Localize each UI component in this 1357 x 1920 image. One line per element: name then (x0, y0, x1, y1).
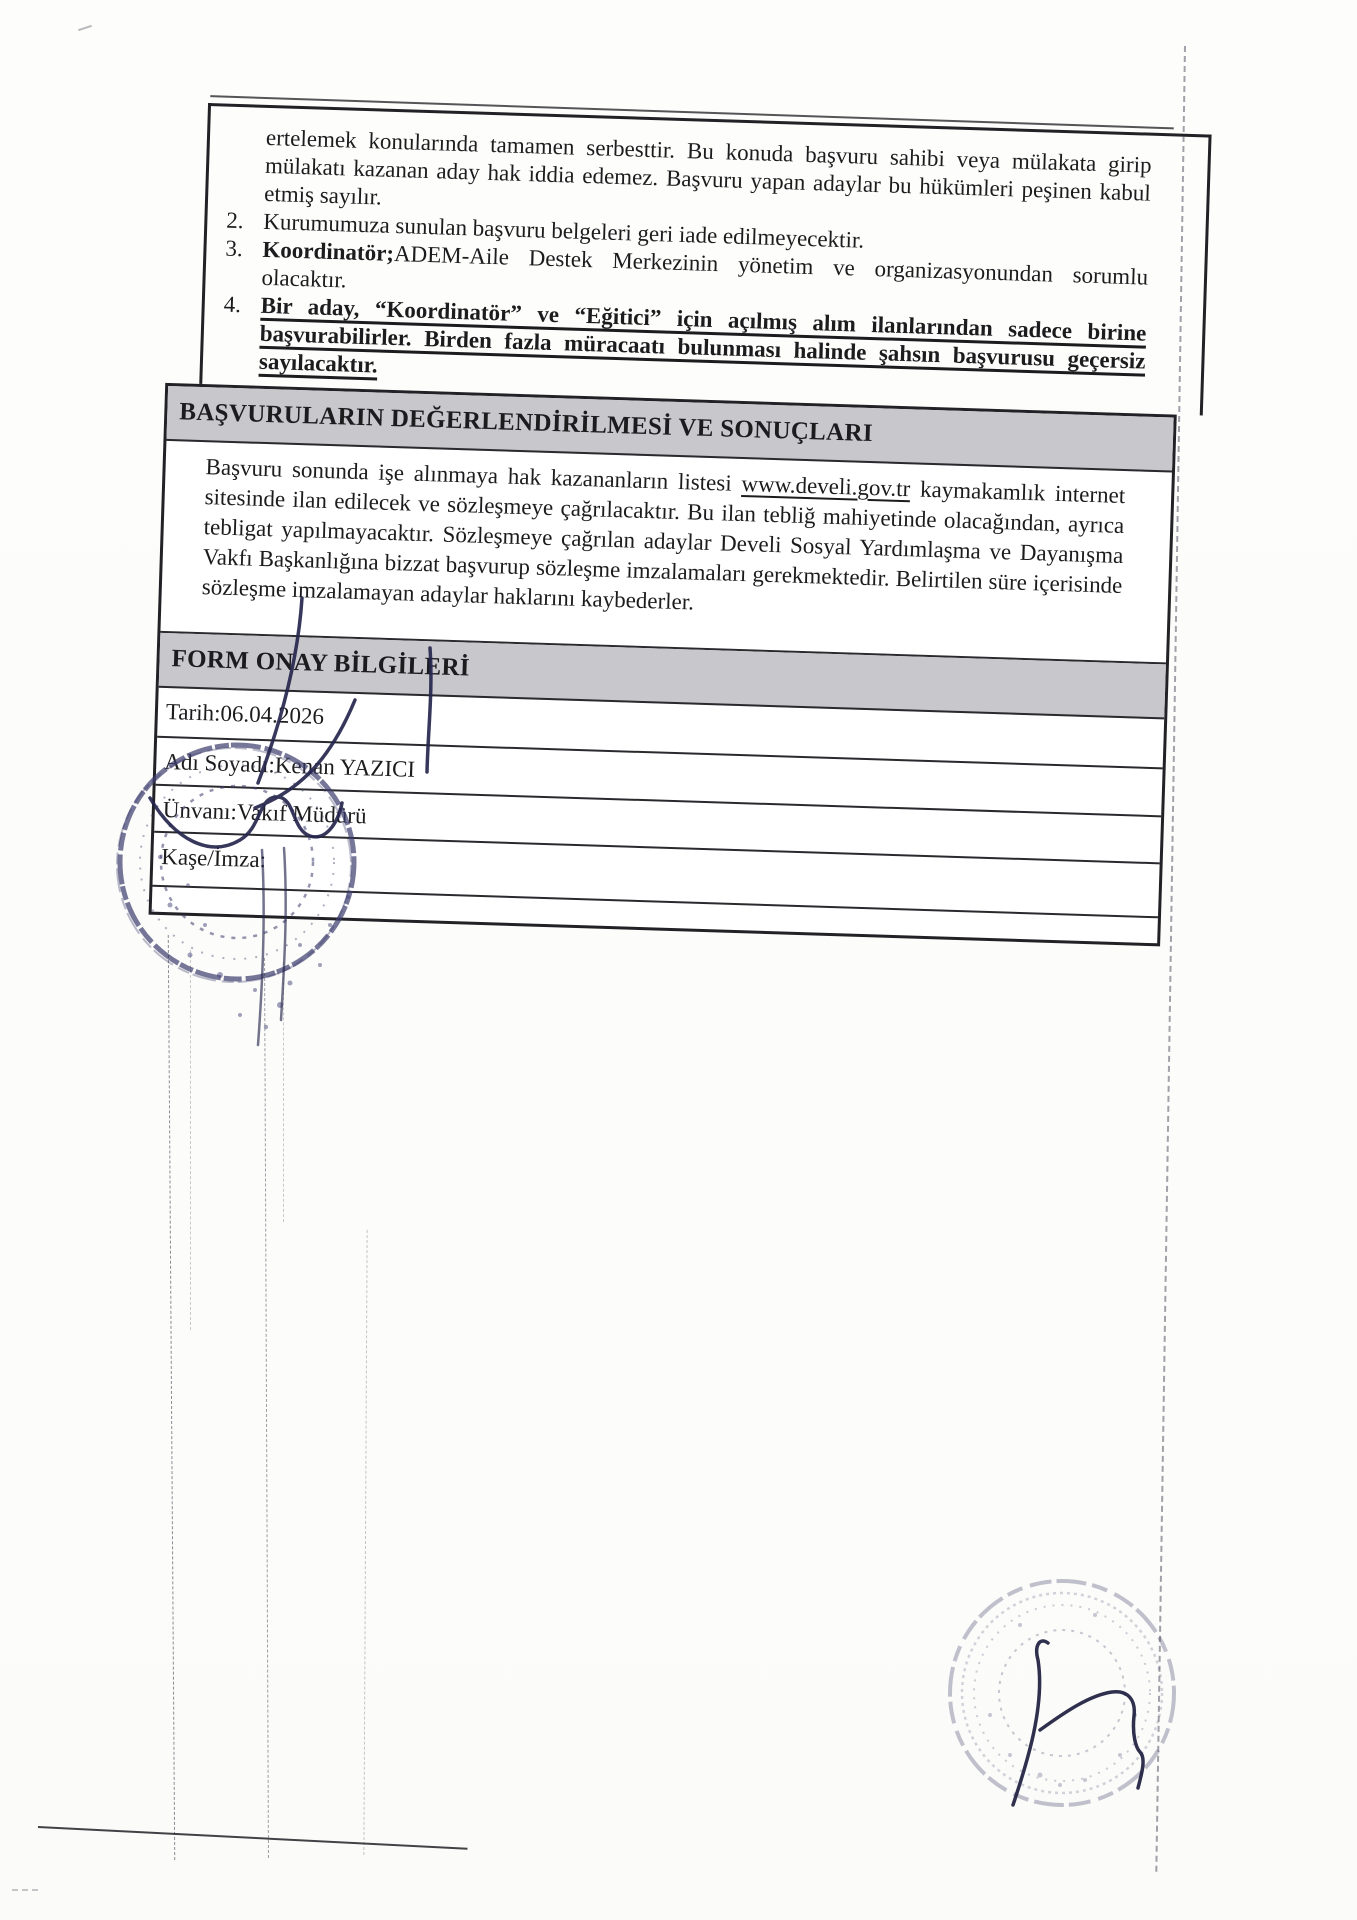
scanned-page: ertelemek konularında tamamen serbesttir… (0, 0, 1357, 1920)
footer-stamp-speckles (988, 1613, 1137, 1787)
fold-line-5 (363, 1230, 367, 1855)
terms-list: 2. Kurumumuza sunulan başvuru belgeleri … (259, 208, 1150, 404)
footer-signature (1013, 1641, 1143, 1805)
bottom-left-speck (12, 1889, 38, 1891)
terms-item-2-number: 2. (226, 207, 244, 236)
develi-url-text: www.develi.gov.tr (741, 471, 911, 501)
round-stamp-icon (117, 745, 354, 982)
signature (150, 598, 431, 1045)
fold-line-3 (264, 958, 269, 1858)
terms-item-3-lead: Koordinatör; (262, 237, 394, 266)
bottom-left-scan-line (38, 1826, 468, 1850)
fold-line-2 (190, 950, 191, 1330)
terms-item-4-number: 4. (223, 291, 241, 320)
fold-line-4 (283, 962, 284, 1222)
approval-stamp-and-signature (70, 575, 490, 1075)
top-left-speck (78, 25, 92, 31)
terms-box: ertelemek konularında tamamen serbesttir… (199, 103, 1211, 415)
terms-item-3-number: 3. (225, 235, 243, 264)
